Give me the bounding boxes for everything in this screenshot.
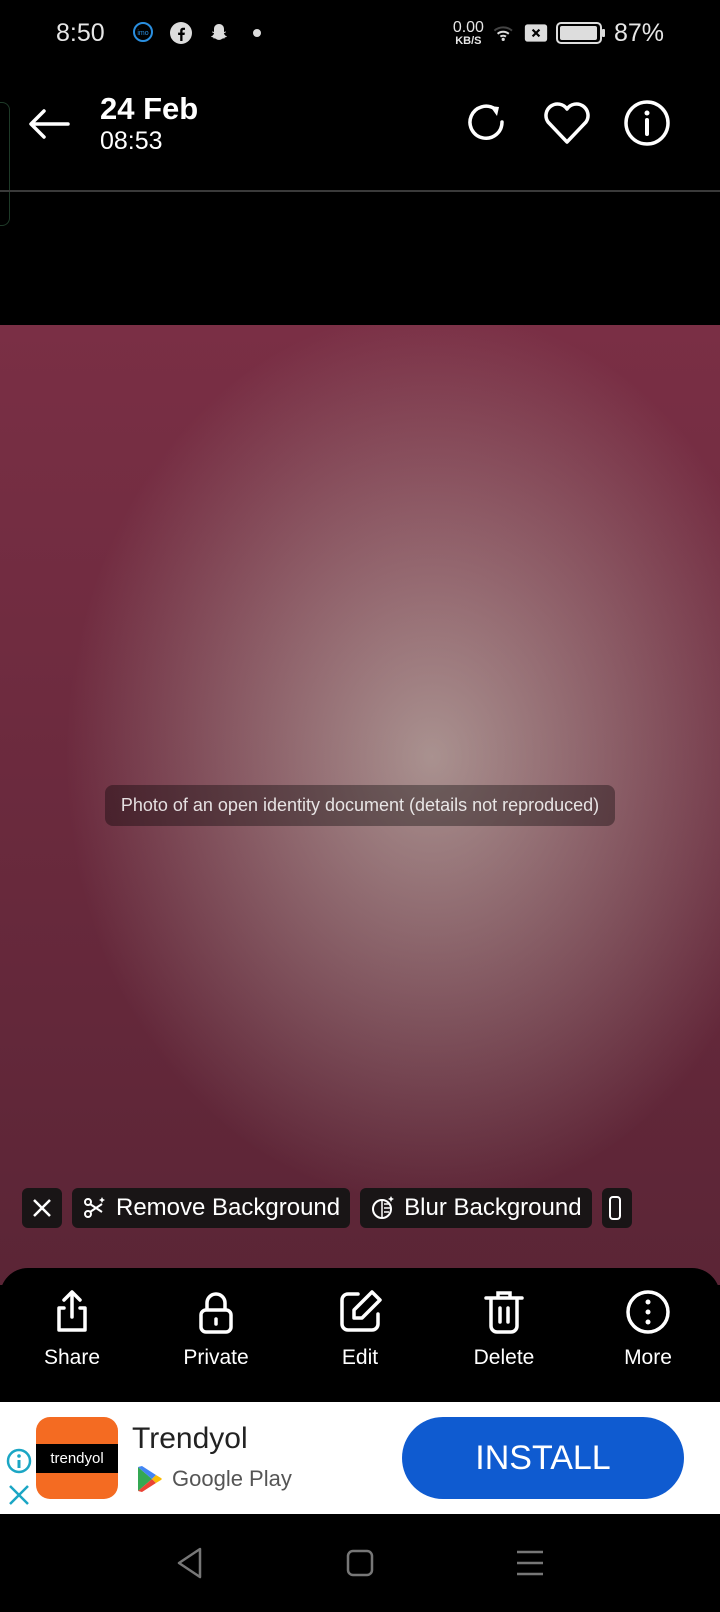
dot-icon [245, 21, 269, 45]
status-bar: 8:50 imo 0.00 KB/S 87% [0, 0, 720, 66]
header-divider [0, 190, 720, 192]
notification-icons: imo [131, 21, 269, 45]
network-speed: 0.00 KB/S [453, 20, 484, 47]
svg-text:imo: imo [137, 30, 148, 37]
blur-background-chip[interactable]: Blur Background [360, 1188, 591, 1228]
battery-icon [556, 21, 606, 45]
ad-close-icon[interactable] [6, 1482, 32, 1508]
trash-icon [480, 1288, 528, 1336]
share-label: Share [44, 1346, 100, 1370]
info-button[interactable] [622, 98, 672, 148]
delete-label: Delete [474, 1346, 535, 1370]
favorite-button[interactable] [542, 98, 592, 148]
more-button[interactable]: More [593, 1288, 703, 1402]
nav-recents-icon [515, 1548, 545, 1578]
edit-label: Edit [342, 1346, 378, 1370]
edit-button[interactable]: Edit [305, 1288, 415, 1402]
heart-icon [542, 100, 592, 146]
viewer-header: 24 Feb 08:53 [0, 70, 720, 190]
bottom-action-bar: Share Private Edit Delete More [0, 1268, 720, 1402]
private-label: Private [183, 1346, 248, 1370]
photo-date-block: 24 Feb 08:53 [100, 92, 198, 156]
close-icon [31, 1197, 53, 1219]
back-button[interactable] [26, 106, 72, 142]
no-sim-icon [524, 21, 548, 45]
ad-app-icon[interactable]: trendyol [36, 1417, 118, 1499]
rotate-icon [464, 100, 510, 146]
nav-back-icon [175, 1546, 205, 1580]
photo-placeholder: Photo of an open identity document (deta… [0, 325, 720, 1285]
nav-home-icon [345, 1548, 375, 1578]
status-time: 8:50 [56, 19, 105, 48]
more-icon [624, 1288, 672, 1336]
net-speed-value: 0.00 [453, 20, 484, 36]
header-actions [462, 98, 672, 148]
image-viewer[interactable]: Photo of an open identity document (deta… [0, 325, 720, 1285]
system-nav-bar [0, 1514, 720, 1612]
scissors-sparkle-icon [82, 1195, 108, 1221]
lock-icon [192, 1288, 240, 1336]
share-icon [48, 1288, 96, 1336]
net-speed-unit: KB/S [455, 36, 481, 47]
google-play-icon [134, 1464, 164, 1494]
delete-button[interactable]: Delete [449, 1288, 559, 1402]
snapchat-icon [207, 21, 231, 45]
ad-app-icon-text: trendyol [36, 1444, 118, 1473]
status-right: 0.00 KB/S 87% [453, 19, 664, 48]
more-chip-partial[interactable] [602, 1188, 632, 1228]
edit-icon [336, 1288, 384, 1336]
imo-icon: imo [131, 21, 155, 45]
facebook-icon [169, 21, 193, 45]
ad-store-label: Google Play [172, 1466, 292, 1492]
photo-date: 24 Feb [100, 92, 198, 126]
blur-icon [370, 1195, 396, 1221]
install-button[interactable]: INSTALL [402, 1417, 684, 1499]
share-button[interactable]: Share [17, 1288, 127, 1402]
edge-panel-handle[interactable] [0, 102, 10, 226]
photo-time: 08:53 [100, 126, 198, 156]
blur-background-label: Blur Background [404, 1194, 581, 1222]
ad-app-name[interactable]: Trendyol [132, 1422, 248, 1456]
nav-recents-button[interactable] [510, 1543, 550, 1583]
ad-info-icon[interactable] [6, 1448, 32, 1474]
private-button[interactable]: Private [161, 1288, 271, 1402]
chip-icon [608, 1195, 624, 1221]
close-chips-button[interactable] [22, 1188, 62, 1228]
remove-background-label: Remove Background [116, 1194, 340, 1222]
wifi-icon [492, 21, 516, 45]
rotate-button[interactable] [462, 98, 512, 148]
smart-edit-chips: Remove Background Blur Background [22, 1188, 632, 1228]
battery-percent: 87% [614, 19, 664, 48]
ad-banner[interactable]: trendyol Trendyol Google Play INSTALL [0, 1402, 720, 1514]
photo-description: Photo of an open identity document (deta… [105, 785, 615, 826]
more-label: More [624, 1346, 672, 1370]
nav-home-button[interactable] [340, 1543, 380, 1583]
info-icon [623, 99, 671, 147]
arrow-left-icon [26, 106, 72, 142]
nav-back-button[interactable] [170, 1543, 210, 1583]
remove-background-chip[interactable]: Remove Background [72, 1188, 350, 1228]
ad-store: Google Play [134, 1464, 292, 1494]
